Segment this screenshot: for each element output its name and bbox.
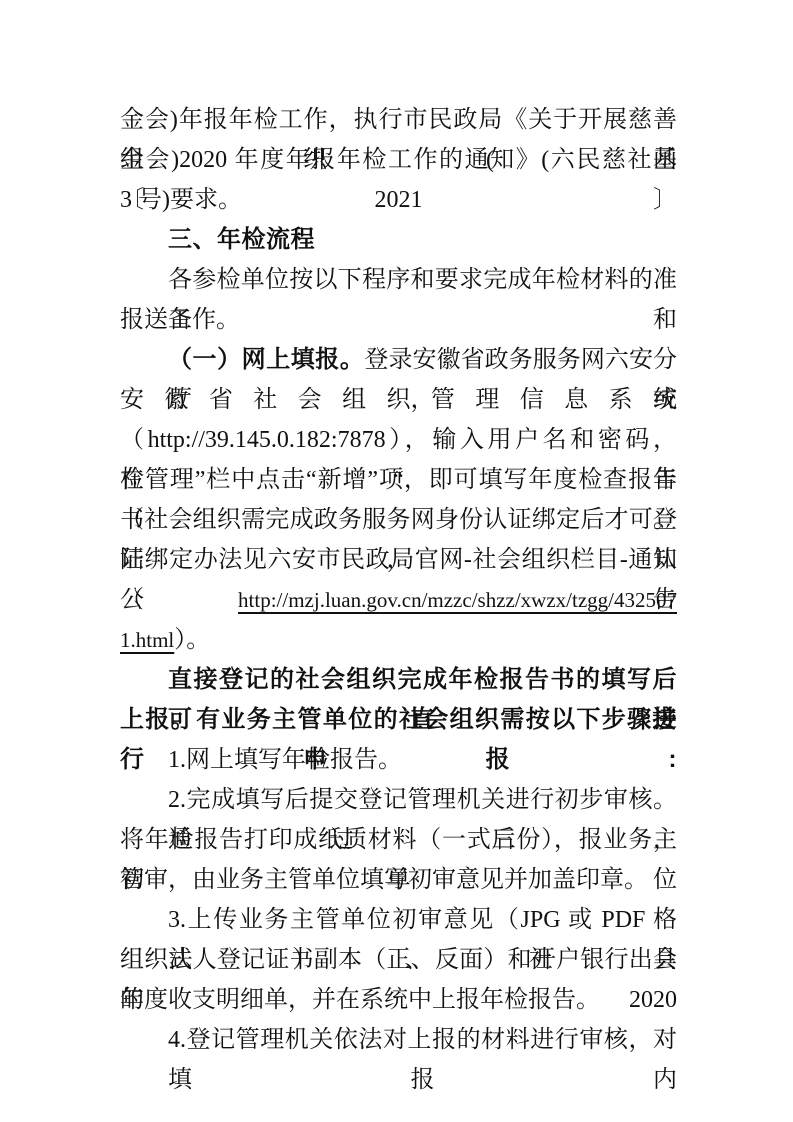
- paragraph-text: 安徽省社会组织管理信息系统: [120, 387, 677, 413]
- list-item: 3.上传业务主管单位初审意见（JPG 或 PDF 格式）、社会: [120, 900, 677, 940]
- paragraph-text: 各参检单位按以下程序和要求完成年检材料的准备和: [168, 267, 677, 333]
- text-line: 金会)2020 年度年报年检工作的通知》(六民慈社函〔2021〕: [120, 140, 677, 180]
- text-line: 1.html）。: [120, 620, 677, 660]
- paragraph-text: 1.网上填写年检报告。: [168, 747, 402, 773]
- paragraph-text: 3 号)要求。: [120, 187, 242, 213]
- text-line: （ http://mzj.luan.gov.cn/mzzc/shzz/xwzx/…: [120, 580, 677, 620]
- document-page: 金会)年报年检工作，执行市民政局《关于开展慈善组织(基 金会)2020 年度年报…: [0, 0, 793, 1122]
- subsection-heading-text: （一）网上填报。: [168, 346, 364, 373]
- text-line: 检管理”栏中点击“新增”项，即可填写年度检查报告书。: [120, 460, 677, 500]
- text-line: （社会组织需完成政务服务网身份认证绑定后才可登陆，认: [120, 500, 677, 540]
- paragraph-text: （: [120, 587, 238, 613]
- text-line: 金会)年报年检工作，执行市民政局《关于开展慈善组织(基: [120, 100, 677, 140]
- list-item: 4.登记管理机关依法对上报的材料进行审核，对填报内: [120, 1020, 677, 1060]
- text-line: 初审，由业务主管单位填写初审意见并加盖印章。: [120, 860, 677, 900]
- text-line: 上报。有业务主管单位的社会组织需按以下步骤进行申报:: [120, 700, 677, 740]
- list-item: 2.完成填写后提交登记管理机关进行初步审核。通过后，: [120, 780, 677, 820]
- notice-link-url[interactable]: 1.html: [120, 628, 174, 652]
- text-line: 证绑定办法见六安市民政局官网-社会组织栏目-通知公告: [120, 540, 677, 580]
- paragraph-text: 初审，由业务主管单位填写初审意见并加盖印章。: [120, 867, 648, 893]
- section-heading: 三、年检流程: [120, 220, 677, 260]
- text-line: （http://39.145.0.182:7878），输入用户名和密码，在“年: [120, 420, 677, 460]
- text-line: 直接登记的社会组织完成年检报告书的填写后可直接: [120, 660, 677, 700]
- paragraph-text: ）。: [174, 627, 210, 653]
- notice-link-url[interactable]: http://mzj.luan.gov.cn/mzzc/shzz/xwzx/tz…: [238, 588, 677, 612]
- paragraph-text: 年度收支明细单，并在系统中上报年检报告。: [120, 987, 600, 1013]
- text-line: 组织法人登记证书副本（正、反面）和开户银行出具的 2020: [120, 940, 677, 980]
- paragraph-text: 报送工作。: [120, 307, 240, 333]
- text-line: 年度收支明细单，并在系统中上报年检报告。: [120, 980, 677, 1020]
- text-line: 将年检报告打印成纸质材料（一式三份），报业务主管单位: [120, 820, 677, 860]
- section-heading-text: 三、年检流程: [168, 226, 315, 253]
- text-line: 各参检单位按以下程序和要求完成年检材料的准备和: [120, 260, 677, 300]
- text-line: 安徽省社会组织管理信息系统: [120, 380, 677, 420]
- paragraph-text: 4.登记管理机关依法对上报的材料进行审核，对填报内: [168, 1027, 677, 1093]
- text-line: （一）网上填报。登录安徽省政务服务网六安分厅，或: [120, 340, 677, 380]
- document-body: 金会)年报年检工作，执行市民政局《关于开展慈善组织(基 金会)2020 年度年报…: [120, 100, 677, 1060]
